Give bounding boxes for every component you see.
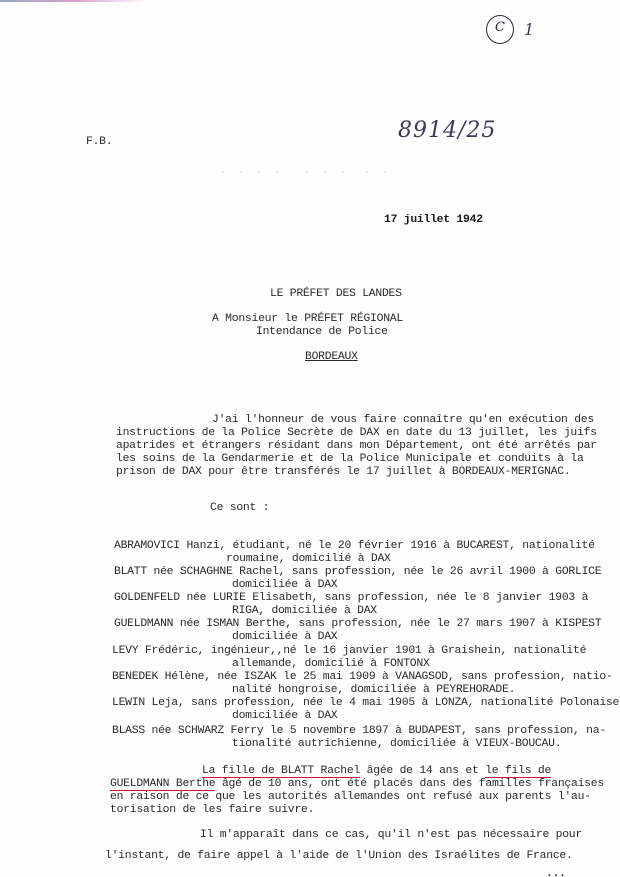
person-line: LEWIN Leja, sans profession, née le 4 ma… bbox=[112, 697, 619, 710]
document-page: C 1 8914/25 F.B. · · · · · · · · · 17 ju… bbox=[0, 0, 620, 877]
paragraph-line: les soins de la Gendarmerie et de la Pol… bbox=[116, 453, 584, 466]
underlined-phrase: le fils de bbox=[485, 765, 551, 778]
person-line: GUELDMANN née ISMAN Berthe, sans profess… bbox=[114, 618, 601, 631]
paragraph-line: l'instant, de faire appel à l'aide de l'… bbox=[105, 850, 573, 863]
underlined-phrase: La fille de BLATT Rachel bbox=[202, 765, 360, 778]
person-line: ABRAMOVICI Hanzi, étudiant, né le 20 fév… bbox=[114, 540, 595, 553]
paragraph-line: apatrides et étrangers résidant dans mon… bbox=[116, 440, 597, 453]
person-line: LEVY Frédéric, ingénieur,,né le 16 janvi… bbox=[112, 645, 586, 658]
sender-title: LE PRÉFET DES LANDES bbox=[270, 288, 402, 301]
paragraph-line: instructions de la Police Secrète de DAX… bbox=[116, 427, 597, 440]
person-line: nalité hongroise, domiciliée à PEYREHORA… bbox=[232, 684, 515, 697]
paragraph-line: La fille de BLATT Rachel âgée de 14 ans … bbox=[202, 765, 551, 778]
person-line: BLASS née SCHWARZ Ferry le 5 novembre 18… bbox=[112, 725, 606, 738]
bleed-through-text: · · · · · · · · · bbox=[28, 168, 388, 179]
person-line: allemande, domicilié à FONTONX bbox=[232, 658, 430, 671]
paragraph-line: en raison de ce que les autorités allema… bbox=[110, 791, 591, 804]
recipient-city: BORDEAUX bbox=[305, 351, 358, 364]
recipient-line-1: A Monsieur le PRÉFET RÉGIONAL bbox=[212, 313, 403, 326]
person-line: roumaine, domicilié à DAX bbox=[226, 553, 391, 566]
person-line: BENEDEK Hélène, née ISZAK le 25 mai 1909… bbox=[112, 671, 613, 684]
person-line: domiciliée à DAX bbox=[232, 631, 337, 644]
letter-date: 17 juillet 1942 bbox=[384, 214, 483, 227]
person-line: tionalité autrichienne, domiciliée à VIE… bbox=[232, 738, 561, 751]
paragraph-line: J'ai l'honneur de vous faire connaître q… bbox=[212, 414, 594, 427]
person-line: GOLDENFELD née LURIE Elisabeth, sans pro… bbox=[114, 592, 588, 605]
recipient-line-2: Intendance de Police bbox=[256, 326, 388, 339]
scan-edge bbox=[0, 0, 150, 2]
paragraph-line: torisation de les faire suivre. bbox=[110, 804, 314, 817]
continuation-mark: ... bbox=[546, 868, 566, 877]
underlined-phrase: GUELDMANN Berthe bbox=[110, 778, 215, 791]
person-line: BLATT née SCHAGHNE Rachel, sans professi… bbox=[114, 566, 601, 579]
paragraph-line: GUELDMANN Berthe âgé de 10 ans, ont été … bbox=[110, 778, 604, 791]
person-line: domiciliée à DAX bbox=[232, 579, 337, 592]
circled-letter-annotation: C bbox=[486, 15, 514, 44]
initials: F.B. bbox=[86, 136, 112, 149]
paragraph-line: prison de DAX pour être transférés le 17… bbox=[116, 466, 570, 479]
page-mark-annotation: 1 bbox=[524, 20, 534, 39]
person-line: domiciliée à DAX bbox=[232, 710, 337, 723]
file-number-annotation: 8914/25 bbox=[398, 118, 496, 143]
person-line: RIGA, domiciliée à DAX bbox=[232, 605, 377, 618]
list-intro: Ce sont : bbox=[210, 502, 269, 515]
paragraph-line: Il m'apparaît dans ce cas, qu'il n'est p… bbox=[200, 829, 582, 842]
